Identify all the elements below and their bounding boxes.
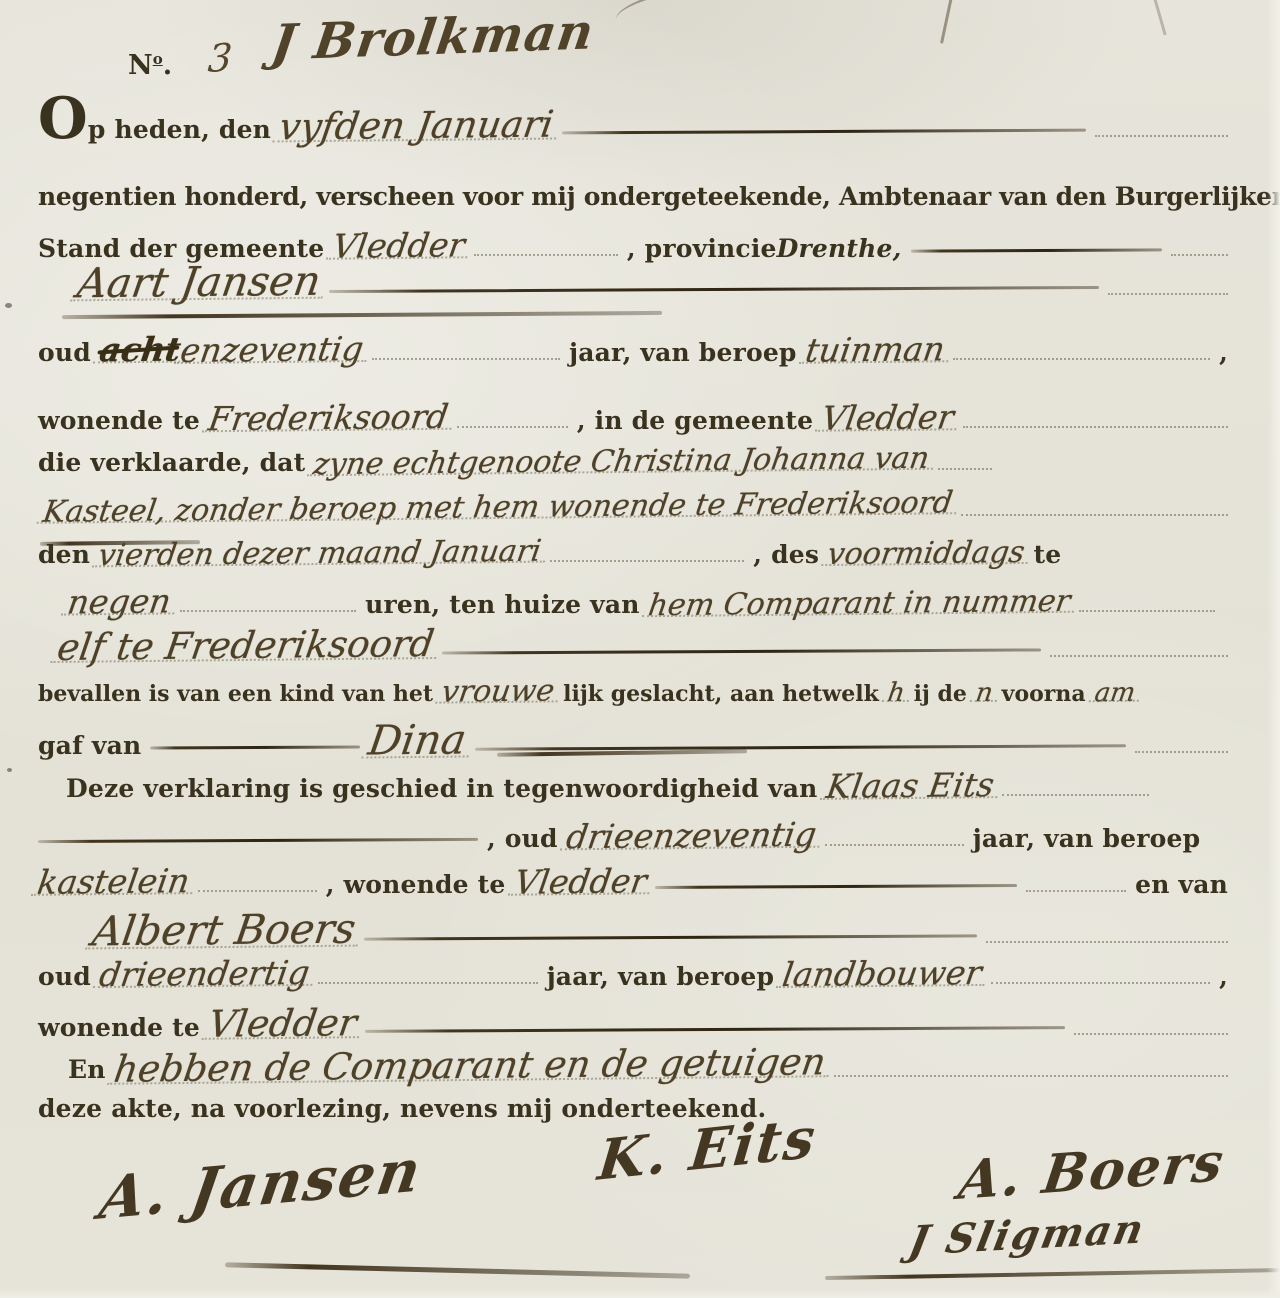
handwritten-letter-n: n [974, 678, 995, 708]
printed-comma: , [1219, 338, 1228, 367]
form-line-getuige2-plaats: wonende te Vledder [38, 1002, 1228, 1045]
pen-line [910, 248, 1161, 252]
form-line-woonplaats: wonende te Frederiksoord , in de gemeent… [38, 398, 1228, 437]
pen-line [562, 129, 1086, 135]
dotted-rule [953, 358, 1210, 360]
dotted-rule [1171, 254, 1228, 256]
handwritten-geslacht: vrouwe [439, 673, 556, 709]
printed-label: deze akte, na voorlezing, nevens mij ond… [38, 1094, 766, 1123]
handwritten-uur: negen [65, 581, 174, 621]
pen-stroke [225, 1262, 690, 1278]
dotted-rule [1002, 794, 1149, 796]
handwritten-getuige1-leeftijd: drieenzeventig [564, 815, 819, 857]
pen-stroke [613, 0, 778, 41]
handwritten-date: vyfden Januari [277, 103, 557, 149]
pen-line [38, 838, 478, 843]
printed-label: , des [753, 540, 819, 569]
form-line-moeder-vervolg: Kasteel, zonder beroep met hem wonende t… [38, 490, 1228, 525]
dotted-rule [457, 426, 568, 428]
pen-stroke [1152, 0, 1166, 36]
printed-label: oud [38, 338, 91, 367]
printed-label: p heden, den [88, 115, 271, 144]
form-line-geslacht: bevallen is van een kind van het vrouwe … [38, 674, 1228, 709]
dropcap-O: O [38, 96, 88, 142]
pen-line [364, 934, 977, 940]
dotted-rule [550, 560, 745, 562]
dotted-rule [938, 468, 992, 470]
handwritten-declarant-name: Aart Jansen [74, 257, 324, 308]
dotted-rule [825, 844, 964, 846]
dotted-rule [372, 358, 560, 360]
dotted-rule [1074, 1033, 1228, 1035]
pen-line [365, 1026, 1065, 1033]
dotted-rule [474, 254, 618, 256]
dotted-rule [1026, 890, 1126, 892]
printed-label: wonende te [38, 406, 200, 435]
pen-line [655, 884, 1017, 889]
form-line-huis-vervolg: elf te Frederiksoord [38, 624, 1228, 667]
dotted-rule [1050, 655, 1228, 657]
form-line-verklaring-moeder: die verklaarde, dat zyne echtgenoote Chr… [38, 444, 1228, 479]
dotted-rule [834, 1075, 1228, 1077]
handwritten-getuige2-leeftijd: drieendertig [97, 953, 312, 994]
form-line-naam-kind: gaf van Dina [38, 716, 1228, 764]
pen-stroke [940, 0, 953, 44]
act-number-label: No. [128, 50, 172, 81]
ink-speck [5, 303, 12, 308]
printed-label: jaar, van beroep [973, 824, 1201, 853]
form-line-negentien: negentien honderd, verscheen voor mij on… [38, 182, 1228, 211]
handwritten-beroep: tuinman [803, 329, 948, 369]
form-line-getuige2-leeftijd: oud drieendertig jaar, van beroep landbo… [38, 954, 1228, 993]
registrar-name-handwriting: J Brolkman [268, 2, 598, 72]
form-line-slot-hand: En hebben de Comparant en de getuigen [38, 1044, 1228, 1087]
pen-stroke [825, 1268, 1280, 1280]
form-line-getuigen-intro: Deze verklaring is geschied in tegenwoor… [38, 766, 1228, 805]
printed-label: die verklaarde, dat [38, 448, 305, 477]
form-line-getuige1-leeftijd: , oud drieenzeventig jaar, van beroep [38, 816, 1228, 855]
printed-comma: , [1219, 962, 1228, 991]
dotted-rule [991, 982, 1210, 984]
printed-label: oud [38, 962, 91, 991]
handwritten-getuige2-beroep: landbouwer [780, 953, 984, 994]
dotted-rule [1108, 293, 1228, 295]
printed-label: te [1034, 540, 1062, 569]
handwritten-datum: vierden dezer maand Januari [96, 534, 543, 574]
handwritten-struck-word: acht [97, 330, 184, 370]
scan-edge [0, 1288, 1280, 1298]
dotted-rule [180, 610, 356, 612]
dotted-rule [318, 982, 537, 984]
pen-line [150, 745, 360, 749]
handwritten-kind-naam: Dina [366, 715, 470, 764]
handwritten-dagdeel: voormiddags [825, 535, 1027, 572]
printed-label: wonende te [38, 1013, 200, 1042]
handwritten-letter-h: h [886, 678, 907, 708]
printed-label: jaar, van beroep [547, 962, 775, 991]
pen-line [475, 744, 1126, 750]
dotted-rule [1135, 751, 1228, 753]
printed-label: voorna [1002, 681, 1086, 707]
signature-official: J Sligman [905, 1205, 1149, 1265]
handwritten-am: am [1092, 678, 1137, 708]
dotted-rule [198, 890, 316, 892]
printed-label: en van [1135, 870, 1228, 899]
printed-label: lijk geslacht, aan hetwelk [563, 681, 879, 707]
dotted-rule [986, 941, 1228, 943]
form-line-date: O p heden, den vyfden Januari [38, 96, 1228, 147]
printed-label: gaf van [38, 731, 141, 760]
handwritten-gemeente: Vledder [819, 397, 956, 437]
dotted-rule [963, 426, 1228, 428]
signature-witness2: A. Boers [955, 1131, 1229, 1212]
printed-label: negentien honderd, verscheen voor mij on… [38, 182, 1280, 211]
signature-declarant: A. Jansen [95, 1136, 427, 1233]
printed-label: Deze verklaring is geschied in tegenwoor… [66, 774, 818, 803]
birth-certificate-scan: No. 3 J Brolkman O p heden, den vyfden J… [0, 0, 1280, 1298]
handwritten-echtgenoote: zyne echtgenoote Christina Johanna van [311, 441, 932, 482]
pen-line [329, 286, 1099, 293]
printed-label: jaar, van beroep [569, 338, 797, 367]
printed-label: , in de gemeente [577, 406, 813, 435]
ink-speck [7, 768, 12, 772]
form-line-geboortedatum: den vierden dezer maand Januari , des vo… [38, 536, 1228, 571]
act-number-value: 3 [206, 35, 233, 81]
form-line-declarant: Aart Jansen [38, 258, 1228, 306]
dotted-rule [1079, 610, 1215, 612]
form-line-getuige1-beroep: kastelein , wonende te Vledder en van [38, 862, 1228, 901]
handwritten-slotzin: hebben de Comparant en de getuigen [111, 1040, 828, 1090]
pen-stroke [62, 311, 662, 319]
form-line-age-beroep: oud achtenzeventig jaar, van beroep tuin… [38, 330, 1228, 369]
printed-label: En [68, 1055, 106, 1084]
form-line-uur-huis: negen uren, ten huize van hem Comparant … [38, 582, 1228, 621]
printed-label: uren, ten huize van [365, 590, 640, 619]
form-line-getuige2-naam: Albert Boers [38, 906, 1228, 954]
handwritten-getuige1-beroep: kastelein [35, 861, 192, 902]
handwritten-getuige1-plaats: Vledder [512, 861, 649, 901]
handwritten-moeder-vervolg: Kasteel, zonder beroep met hem wonende t… [41, 485, 955, 530]
form-line-slot: deze akte, na voorlezing, nevens mij ond… [38, 1094, 1228, 1123]
dotted-rule [961, 514, 1228, 516]
printed-label: , wonende te [326, 870, 506, 899]
handwritten-huis: hem Comparant in nummer [646, 584, 1073, 623]
pen-line [442, 648, 1041, 654]
printed-label: , oud [487, 824, 558, 853]
handwritten-age: enzeventig [178, 329, 366, 370]
handwritten-woonplaats: Frederiksoord [206, 397, 451, 438]
handwritten-huis-vervolg: elf te Frederiksoord [55, 622, 437, 669]
handwritten-getuige2-plaats: Vledder [206, 1001, 360, 1046]
printed-label: bevallen is van een kind van het [38, 681, 433, 707]
printed-label: den [38, 540, 90, 569]
printed-label: ij de [914, 681, 967, 707]
dotted-rule [1095, 135, 1228, 137]
handwritten-getuige1-naam: Klaas Eits [824, 765, 997, 806]
handwritten-getuige2-naam: Albert Boers [89, 905, 359, 956]
scan-edge [1267, 0, 1280, 1298]
